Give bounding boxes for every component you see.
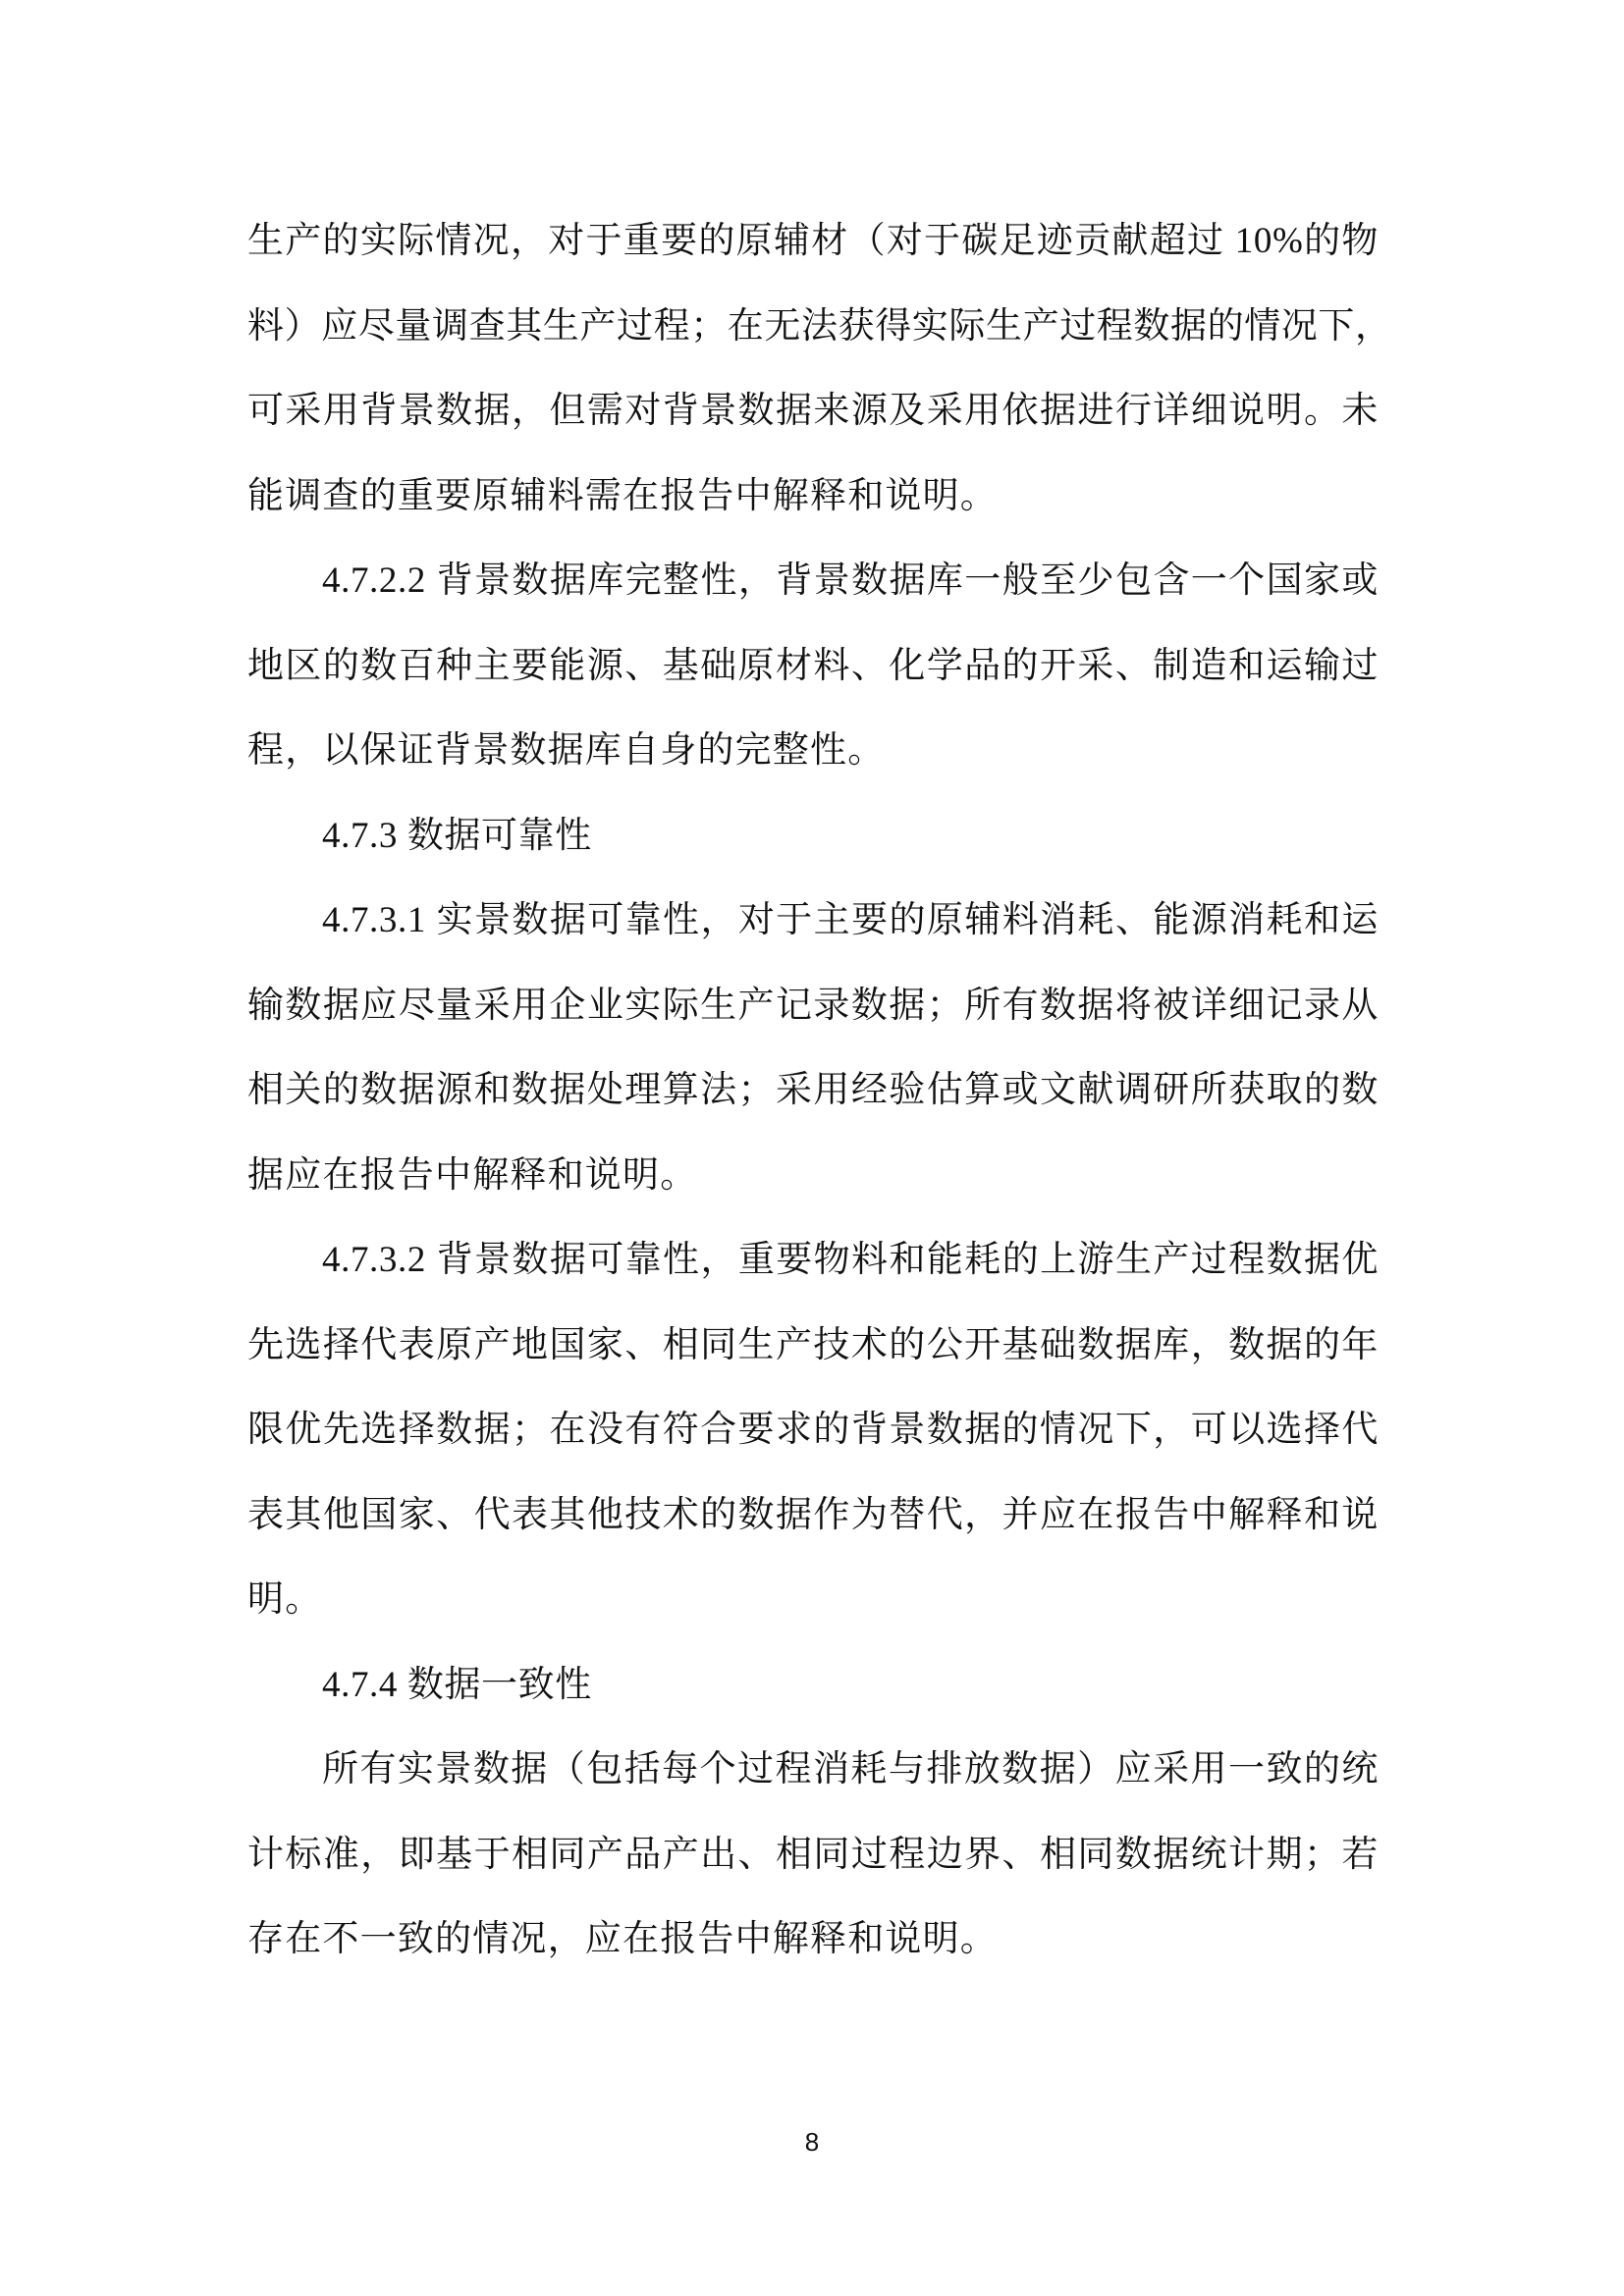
document-page: 生产的实际情况，对于重要的原辅材（对于碳足迹贡献超过 10%的物 料）应尽量调查… <box>0 0 1624 2296</box>
section-4-7-3-1-line: 4.7.3.1 实景数据可靠性，对于主要的原辅料消耗、能源消耗和运 <box>247 879 1379 964</box>
paragraph-line: 生产的实际情况，对于重要的原辅材（对于碳足迹贡献超过 10%的物 <box>247 199 1379 285</box>
paragraph-line: 料）应尽量调查其生产过程；在无法获得实际生产过程数据的情况下， <box>247 285 1379 370</box>
paragraph-line: 限优先选择数据；在没有符合要求的背景数据的情况下，可以选择代 <box>247 1388 1379 1473</box>
paragraph-line: 明。 <box>247 1558 1379 1643</box>
paragraph-line: 表其他国家、代表其他技术的数据作为替代，并应在报告中解释和说 <box>247 1473 1379 1559</box>
section-4-7-3-2-line: 4.7.3.2 背景数据可靠性，重要物料和能耗的上游生产过程数据优 <box>247 1218 1379 1304</box>
paragraph-line: 输数据应尽量采用企业实际生产记录数据；所有数据将被详细记录从 <box>247 964 1379 1049</box>
paragraph-line: 相关的数据源和数据处理算法；采用经验估算或文献调研所获取的数 <box>247 1048 1379 1134</box>
page-number: 8 <box>0 2126 1624 2158</box>
paragraph-line: 计标准，即基于相同产品产出、相同过程边界、相同数据统计期；若 <box>247 1813 1379 1898</box>
body-text: 生产的实际情况，对于重要的原辅材（对于碳足迹贡献超过 10%的物 料）应尽量调查… <box>247 199 1379 1983</box>
paragraph-line: 先选择代表原产地国家、相同生产技术的公开基础数据库，数据的年 <box>247 1304 1379 1389</box>
paragraph-line: 据应在报告中解释和说明。 <box>247 1134 1379 1219</box>
paragraph-line: 存在不一致的情况，应在报告中解释和说明。 <box>247 1897 1379 1983</box>
section-4-7-2-2-line: 4.7.2.2 背景数据库完整性，背景数据库一般至少包含一个国家或 <box>247 539 1379 624</box>
paragraph-line: 程，以保证背景数据库自身的完整性。 <box>247 709 1379 794</box>
section-4-7-4-body-line: 所有实景数据（包括每个过程消耗与排放数据）应采用一致的统 <box>247 1728 1379 1813</box>
paragraph-line: 能调查的重要原辅料需在报告中解释和说明。 <box>247 454 1379 540</box>
section-heading-4-7-3: 4.7.3 数据可靠性 <box>247 794 1379 880</box>
paragraph-line: 地区的数百种主要能源、基础原材料、化学品的开采、制造和运输过 <box>247 624 1379 710</box>
section-heading-4-7-4: 4.7.4 数据一致性 <box>247 1643 1379 1729</box>
paragraph-line: 可采用背景数据，但需对背景数据来源及采用依据进行详细说明。未 <box>247 369 1379 454</box>
